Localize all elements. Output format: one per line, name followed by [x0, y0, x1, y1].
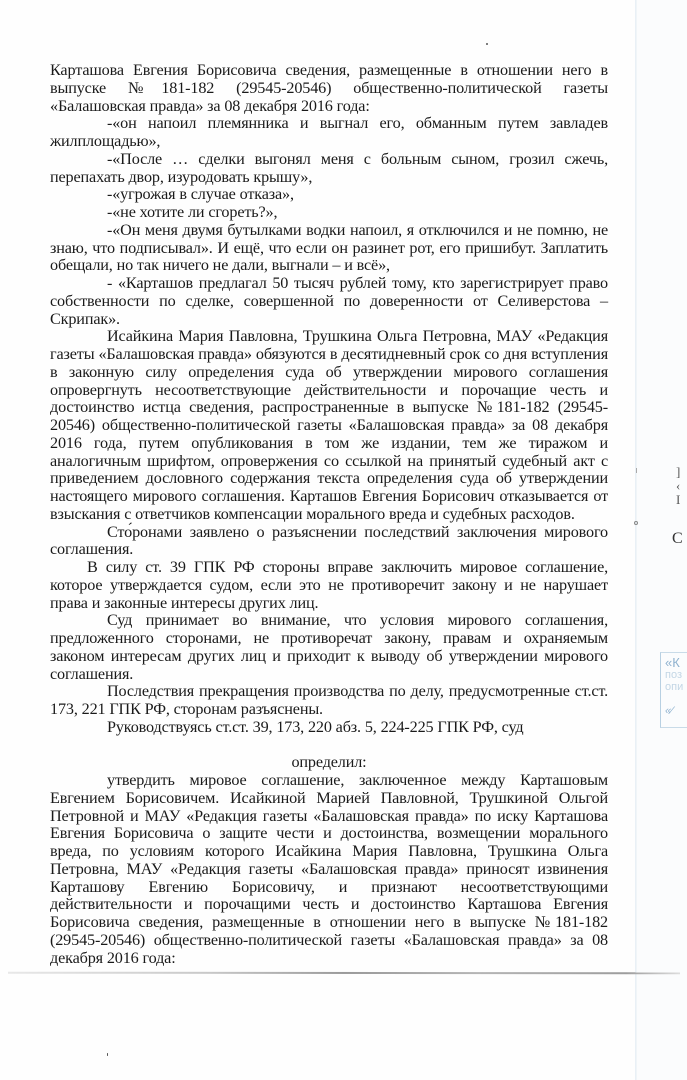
quote-item: -«не хотите ли сгореть?»,: [50, 204, 608, 222]
page-bottom-edge: [8, 972, 680, 975]
scan-speck: [107, 1053, 108, 1056]
bleed-letter: ]: [676, 465, 680, 479]
stamp-line: поз: [665, 669, 687, 681]
spacer: [50, 737, 608, 755]
paragraph-intro: Карташова Евгения Борисовича сведения, р…: [50, 62, 608, 115]
stamp-line: «⁄: [665, 705, 687, 717]
bleed-letter: ‹: [676, 479, 680, 493]
adjacent-page-stamp: «К поз опи «⁄: [660, 652, 687, 728]
quote-item: -«он напоил племянника и выгнал его, обм…: [50, 115, 608, 151]
quote-item: -«Он меня двумя бутылками водки напоил, …: [50, 222, 608, 275]
adjacent-page-letters: ] ‹ I: [676, 465, 680, 507]
quote-item: - «Карташов предлагал 50 тысяч рублей то…: [50, 275, 608, 328]
scanned-document-page: ] ‹ I С «К поз опи «⁄ Карташова Евгения …: [0, 0, 687, 1080]
stamp-line: «К: [665, 657, 687, 669]
quote-item: -«угрожая в случае отказа»,: [50, 186, 608, 204]
paragraph-article-39: В силу ст. 39 ГПК РФ стороны вправе закл…: [50, 559, 608, 612]
stamp-line: опи: [665, 681, 687, 693]
document-body: Карташова Евгения Борисовича сведения, р…: [50, 62, 608, 967]
paragraph-court-considers: Суд принимает во внимание, что условия м…: [50, 612, 608, 683]
paragraph-obligations: Исайкина Мария Павловна, Трушкина Ольга …: [50, 328, 608, 523]
edge-mark: [636, 468, 637, 473]
adjacent-page-letter: С: [672, 530, 683, 548]
paragraph-ruling: утвердить мировое соглашение, заключенно…: [50, 772, 608, 967]
paragraph-clarification: Сто́ронами заявлено о разъяснении послед…: [50, 524, 608, 560]
ruling-heading: определил:: [50, 754, 608, 772]
edge-punch-mark: [634, 521, 638, 525]
scan-speck: [486, 43, 488, 45]
bleed-letter: I: [676, 493, 680, 507]
paragraph-guided-by: Руководствуясь ст.ст. 39, 173, 220 абз. …: [50, 719, 608, 737]
quote-item: -«После … сделки выгонял меня с больным …: [50, 151, 608, 187]
paragraph-consequences: Последствия прекращения производства по …: [50, 683, 608, 719]
